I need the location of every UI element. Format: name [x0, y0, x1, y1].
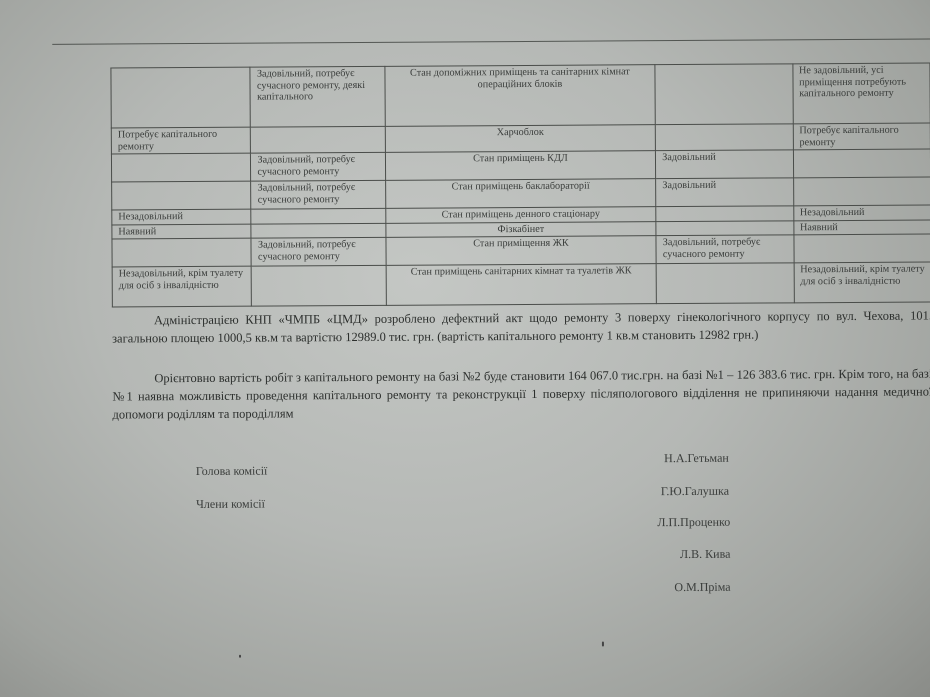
table-cell [656, 206, 793, 221]
paragraph-cost-estimate: Орієнтовно вартість робіт з капітального… [112, 364, 930, 423]
table-cell: Стан приміщень санітарних кімнат та туал… [386, 264, 657, 306]
table-cell [793, 177, 930, 206]
table-cell: Стан приміщень баклабораторії [385, 179, 656, 209]
table-row: Незадовільний, крім туалету для осіб з і… [112, 262, 930, 307]
table-cell: Незадовільний [793, 205, 930, 220]
table-cell: Задовільний [656, 150, 794, 179]
table-cell: Незадовільний [112, 209, 252, 224]
table-cell: Харчоблок [385, 125, 656, 153]
premises-condition-table: Задовільний, потребує сучасного ремонту,… [110, 63, 930, 308]
table-cell [656, 220, 793, 235]
table-cell [252, 265, 386, 306]
table-cell: Наявний [793, 220, 930, 235]
table-cell [251, 208, 385, 223]
paragraph-text: Орієнтовно вартість робіт з капітального… [112, 366, 930, 421]
signatory-name: Г.Ю.Галушка [529, 484, 729, 500]
table-cell: Задовільний, потребує сучасного ремонту [656, 235, 794, 264]
table-cell [656, 124, 794, 151]
signatory-name: О.М.Пріма [531, 580, 731, 596]
paper-speck [602, 642, 604, 647]
paper-speck [239, 655, 241, 658]
signatory-name: Л.П.Проценко [530, 515, 730, 531]
table-cell: Стан приміщень КДЛ [385, 151, 656, 181]
table-cell [793, 149, 930, 178]
table-cell: Задовільний, потребує сучасного ремонту [251, 152, 385, 181]
table-cell [111, 153, 251, 182]
table-cell: Незадовільний, крім туалету для осіб з і… [794, 262, 930, 303]
table-cell [251, 126, 385, 153]
table-cell: Наявний [112, 224, 252, 239]
table-cell [251, 223, 385, 238]
table-cell [655, 64, 793, 125]
signatory-name: Н.А.Гетьман [529, 451, 729, 467]
table-cell: Незадовільний, крім туалету для осіб з і… [112, 266, 252, 307]
table-cell: Задовільний, потребує сучасного ремонту [251, 237, 385, 266]
signatory-name: Л.В. Кива [530, 547, 730, 563]
table-cell: Задовільний, потребує сучасного ремонту,… [250, 66, 385, 127]
table-cell: Стан приміщення ЖК [386, 236, 657, 266]
table-cell: Стан приміщень денного стаціонару [385, 207, 656, 223]
members-label: Члени комісії [196, 497, 265, 512]
table-cell [794, 234, 930, 263]
chair-label: Голова комісії [196, 464, 268, 479]
table-row: Задовільний, потребує сучасного ремонту,… [111, 63, 930, 128]
table-cell [111, 67, 251, 128]
top-rule [52, 38, 930, 44]
table-cell: Стан допоміжних приміщень та санітарних … [385, 65, 656, 127]
table-cell: Задовільний, потребує сучасного ремонту [251, 180, 385, 209]
table-cell [656, 263, 794, 304]
table-cell [112, 238, 252, 267]
table-cell: Задовільний [656, 178, 794, 207]
table-cell: Не задовільний, усі приміщення потребуют… [792, 63, 930, 124]
table-cell [112, 181, 252, 210]
table-cell: Потребує капітального ремонту [111, 127, 251, 154]
paragraph-text: Адміністрацією КНП «ЧМПБ «ЦМД» розроблен… [112, 308, 930, 345]
paragraph-defect-act: Адміністрацією КНП «ЧМПБ «ЦМД» розроблен… [112, 306, 930, 347]
table-cell: Фізкабінет [386, 221, 657, 237]
document-page: Задовільний, потребує сучасного ремонту,… [30, 0, 930, 697]
table-cell: Потребує капітального ремонту [793, 123, 930, 150]
